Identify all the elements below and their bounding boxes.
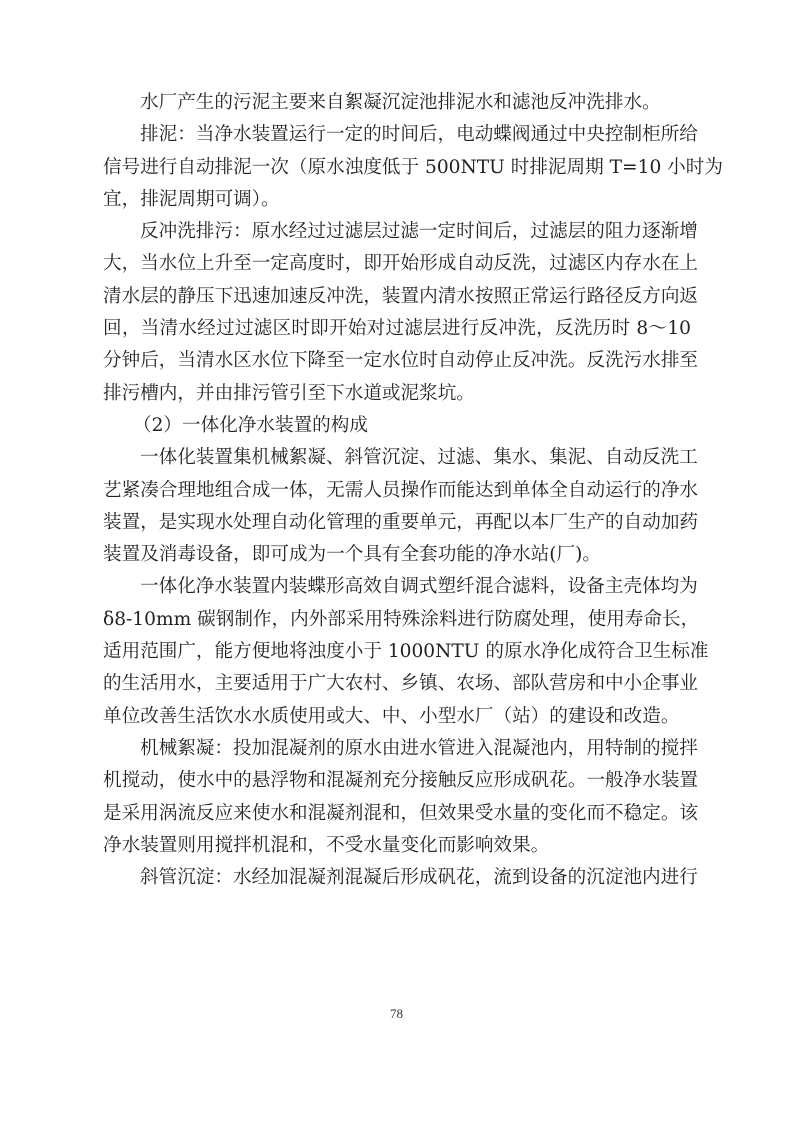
paragraph-backwash-line-1: 反冲洗排污：原水经过过滤层过滤一定时间后，过滤层的阻力逐渐增 xyxy=(103,219,691,251)
paragraph-composition-line-4: 装置及消毒设备，即可成为一个具有全套功能的净水站(厂)。 xyxy=(103,542,691,574)
paragraph-sludge-discharge-line-3: 宜，排泥周期可调）。 xyxy=(103,187,691,219)
paragraph-sedimentation-line-1: 斜管沉淀：水经加混凝剂混凝后形成矾花，流到设备的沉淀池内进行 xyxy=(103,865,691,897)
paragraph-filter-media-line-5: 单位改善生活饮水水质使用或大、中、小型水厂（站）的建设和改造。 xyxy=(103,704,691,736)
paragraph-backwash-line-2: 大，当水位上升至一定高度时，即开始形成自动反洗，过滤区内存水在上 xyxy=(103,251,691,283)
paragraph-filter-media-line-3: 适用范围广，能方便地将浊度小于 1000NTU 的原水净化成符合卫生标准 xyxy=(103,639,691,671)
paragraph-filter-media-line-1: 一体化净水装置内装蝶形高效自调式塑纤混合滤料，设备主壳体均为 xyxy=(103,574,691,606)
paragraph-filter-media-line-2: δ8-10mm 碳钢制作，内外部采用特殊涂料进行防腐处理，使用寿命长， xyxy=(103,607,691,639)
paragraph-composition-line-3: 装置，是实现水处理自动化管理的重要单元，再配以本厂生产的自动加药 xyxy=(103,510,691,542)
paragraph-backwash-line-6: 排污槽内，并由排污管引至下水道或泥浆坑。 xyxy=(103,381,691,413)
document-page: 水厂产生的污泥主要来自絮凝沉淀池排泥水和滤池反冲洗排水。 排泥：当净水装置运行一… xyxy=(0,0,793,1122)
paragraph-sludge-source: 水厂产生的污泥主要来自絮凝沉淀池排泥水和滤池反冲洗排水。 xyxy=(103,90,691,122)
page-number: 78 xyxy=(0,1006,793,1022)
paragraph-sludge-discharge-line-1: 排泥：当净水装置运行一定的时间后，电动蝶阀通过中央控制柜所给 xyxy=(103,122,691,154)
body-text: 水厂产生的污泥主要来自絮凝沉淀池排泥水和滤池反冲洗排水。 排泥：当净水装置运行一… xyxy=(103,90,691,897)
paragraph-flocculation-line-3: 是采用涡流反应来使水和混凝剂混和，但效果受水量的变化而不稳定。该 xyxy=(103,801,691,833)
paragraph-backwash-line-5: 分钟后，当清水区水位下降至一定水位时自动停止反冲洗。反洗污水排至 xyxy=(103,348,691,380)
paragraph-composition-line-2: 艺紧凑合理地组合成一体，无需人员操作而能达到单体全自动运行的净水 xyxy=(103,478,691,510)
paragraph-flocculation-line-1: 机械絮凝：投加混凝剂的原水由进水管进入混凝池内，用特制的搅拌 xyxy=(103,736,691,768)
paragraph-sludge-discharge-line-2: 信号进行自动排泥一次（原水浊度低于 500NTU 时排泥周期 T=10 小时为 xyxy=(103,155,691,187)
paragraph-backwash-line-3: 清水层的静压下迅速加速反冲洗，装置内清水按照正常运行路径反方向返 xyxy=(103,284,691,316)
paragraph-filter-media-line-4: 的生活用水，主要适用于广大农村、乡镇、农场、部队营房和中小企事业 xyxy=(103,671,691,703)
paragraph-flocculation-line-4: 净水装置则用搅拌机混和，不受水量变化而影响效果。 xyxy=(103,833,691,865)
section-heading: （2）一体化净水装置的构成 xyxy=(103,413,691,445)
paragraph-composition-line-1: 一体化装置集机械絮凝、斜管沉淀、过滤、集水、集泥、自动反洗工 xyxy=(103,445,691,477)
paragraph-flocculation-line-2: 机搅动，使水中的悬浮物和混凝剂充分接触反应形成矾花。一般净水装置 xyxy=(103,768,691,800)
paragraph-backwash-line-4: 回，当清水经过过滤区时即开始对过滤层进行反冲洗，反洗历时 8～10 xyxy=(103,316,691,348)
